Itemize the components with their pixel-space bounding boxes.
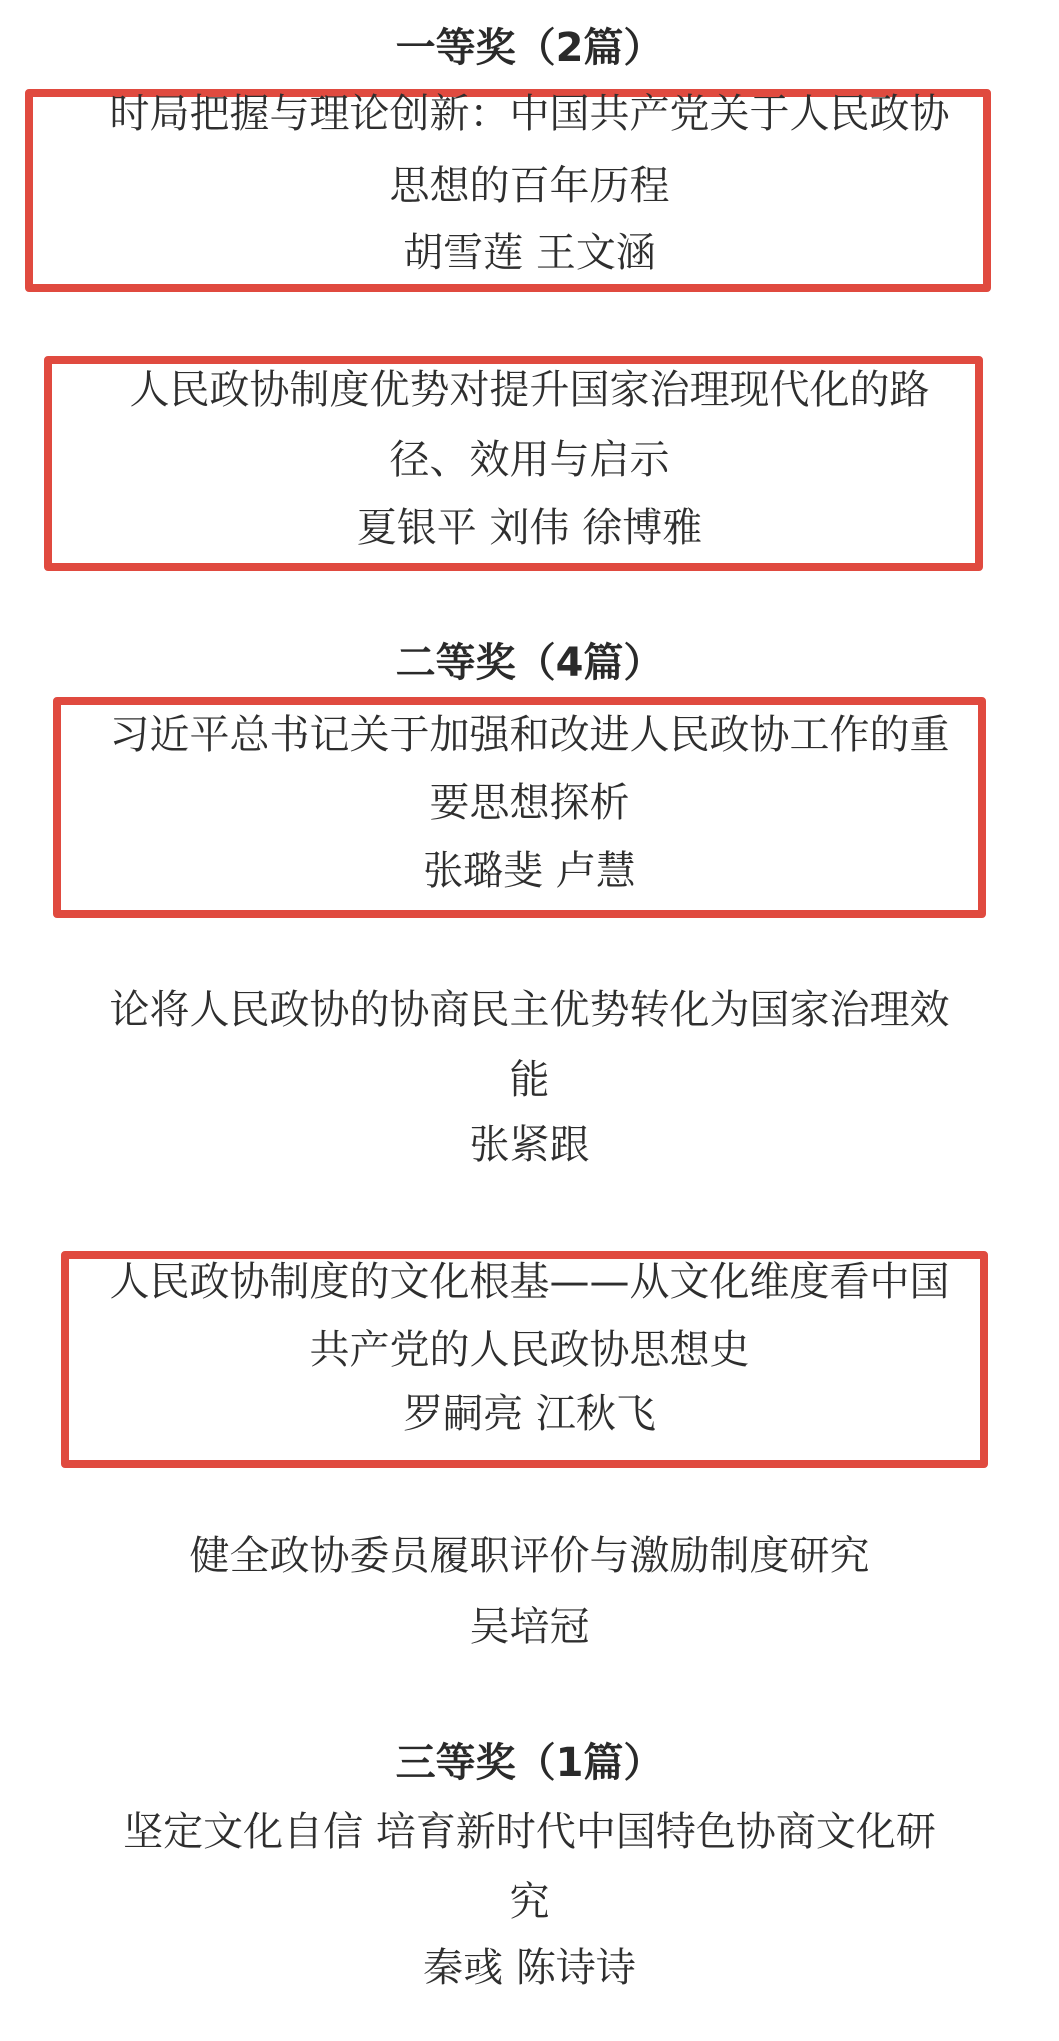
third-prize-heading: 三等奖（1篇） <box>0 1739 1059 1787</box>
entry-title-line: 能 <box>0 1055 1059 1105</box>
entry-authors: 罗嗣亮 江秋飞 <box>0 1389 1059 1439</box>
entry-authors: 张璐斐 卢慧 <box>0 846 1059 896</box>
entry-title-line: 思想的百年历程 <box>0 161 1059 211</box>
entry-title-line: 论将人民政协的协商民主优势转化为国家治理效 <box>0 985 1059 1035</box>
entry-authors: 夏银平 刘伟 徐博雅 <box>0 503 1059 553</box>
entry-title-line: 人民政协制度的文化根基——从文化维度看中国 <box>0 1257 1059 1307</box>
entry-title-line: 究 <box>0 1877 1059 1927</box>
entry-title-line: 共产党的人民政协思想史 <box>0 1325 1059 1375</box>
entry-authors: 胡雪莲 王文涵 <box>0 228 1059 278</box>
entry-title-line: 健全政协委员履职评价与激励制度研究 <box>0 1531 1059 1581</box>
entry-title-line: 坚定文化自信 培育新时代中国特色协商文化研 <box>0 1807 1059 1857</box>
entry-title-line: 时局把握与理论创新：中国共产党关于人民政协 <box>0 89 1059 139</box>
entry-title-line: 要思想探析 <box>0 778 1059 828</box>
first-prize-heading: 一等奖（2篇） <box>0 24 1059 72</box>
entry-title-line: 习近平总书记关于加强和改进人民政协工作的重 <box>0 710 1059 760</box>
entry-authors: 吴培冠 <box>0 1602 1059 1652</box>
entry-title-line: 径、效用与启示 <box>0 435 1059 485</box>
second-prize-heading: 二等奖（4篇） <box>0 639 1059 687</box>
entry-authors: 张紧跟 <box>0 1120 1059 1170</box>
entry-title-line: 人民政协制度优势对提升国家治理现代化的路 <box>0 365 1059 415</box>
entry-authors: 秦彧 陈诗诗 <box>0 1943 1059 1993</box>
